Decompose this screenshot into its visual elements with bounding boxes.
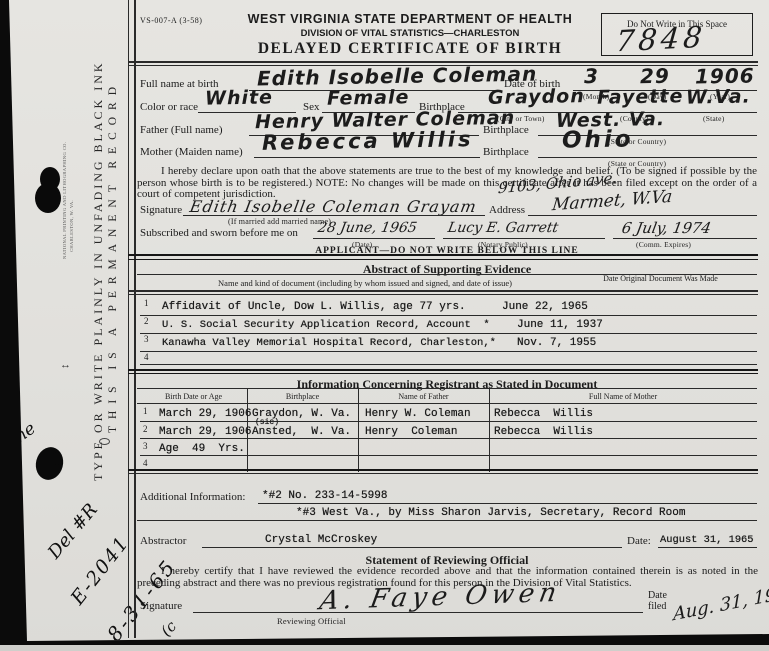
form-number: VS-007-A (3-58) <box>140 16 202 25</box>
registrant-row-underline <box>140 438 757 439</box>
additional-underline-1 <box>258 503 757 504</box>
margin-note-3: E-2041 <box>67 532 134 609</box>
hole-punch-top-lower <box>35 183 61 213</box>
registrant-col-header: Name of Father <box>358 392 489 401</box>
registrant-birthdate: March 29, 1906 <box>159 426 251 438</box>
additional-info-line2: *#3 West Va., by Miss Sharon Jarvis, Sec… <box>296 507 685 519</box>
evidence-row-date: June 11, 1937 <box>517 319 603 331</box>
printer-credit-line1: NATIONAL PRINTING AND LITHOGRAPHING CO. <box>62 142 67 259</box>
registrant-birthdate: Age 49 Yrs. <box>159 443 245 455</box>
additional-info-line1: *#2 No. 233-14-5998 <box>262 490 387 502</box>
address-underline <box>528 215 757 216</box>
hole-punch-bottom <box>32 444 66 483</box>
margin-vertical-text-black-ink: TYPE OR WRITE PLAINLY IN UNFADING BLACK … <box>91 60 106 481</box>
form-border-outer <box>128 0 129 638</box>
registrant-row-num: 3 <box>143 441 148 451</box>
color-race-value: White <box>205 86 273 109</box>
evidence-row-text: Affidavit of Uncle, Dow L. Willis, age 7… <box>162 301 466 313</box>
registrant-birthdate: March 29, 1906 <box>159 408 251 420</box>
margin-note-1: me <box>7 419 40 450</box>
margin-vertical-text-permanent-record: THIS IS A PERMANENT RECORD <box>107 80 119 433</box>
registrant-row-num: 2 <box>143 424 148 434</box>
hole-punch-bottom-notch <box>52 452 62 465</box>
abstract-date-underline <box>658 547 757 548</box>
evidence-row-underline <box>140 364 757 365</box>
form-border-inner <box>134 0 136 638</box>
evidence-row-text: U. S. Social Security Application Record… <box>162 319 490 331</box>
sworn-date-underline <box>313 238 435 239</box>
abstractor-value: Crystal McCroskey <box>265 534 377 546</box>
commission-expires-value: 6 July, 1974 <box>620 219 712 237</box>
registrant-col-header: Full Name of Mother <box>489 392 757 401</box>
applicant-signature: Edith Isobelle Coleman Grayam <box>188 197 478 216</box>
evidence-row-date: June 22, 1965 <box>502 301 588 313</box>
sworn-date-value: 28 June, 1965 <box>317 220 419 236</box>
union-bug-icon <box>99 438 110 445</box>
agency-division: DIVISION OF VITAL STATISTICS—CHARLESTON <box>225 28 595 39</box>
notary-name-value: Lucy E. Garrett <box>447 220 560 236</box>
registrant-col-divider <box>489 388 490 472</box>
mother-underline <box>254 157 480 158</box>
mother-birthplace-label: Birthplace <box>483 146 529 158</box>
color-race-label: Color or race <box>140 101 198 113</box>
sex-value: Female <box>327 86 410 109</box>
mother-value: Rebecca Willis <box>262 127 474 155</box>
reviewing-signature-label: Signature <box>140 600 182 612</box>
additional-underline-2 <box>137 520 757 521</box>
registrant-title: Information Concerning Registrant as Sta… <box>137 377 757 392</box>
evidence-row-text: Kanawha Valley Memorial Hospital Record,… <box>162 337 496 349</box>
state-caption: (State) <box>703 114 724 123</box>
signature-underline <box>183 215 485 216</box>
birthplace-city-value: Graydon <box>488 85 585 109</box>
reviewing-signature-underline <box>193 612 643 613</box>
section-rule-a1 <box>128 254 758 256</box>
section-rule-c2 <box>128 473 758 474</box>
agency-name: WEST VIRGINIA STATE DEPARTMENT OF HEALTH <box>225 12 595 26</box>
date-filed-label-1: Date <box>648 590 667 601</box>
printer-credit-line2: CHARLESTON, W. VA. <box>69 200 74 252</box>
margin-note-2: Del #R <box>44 500 102 563</box>
registrant-row-underline <box>140 455 757 456</box>
mother-birthplace-value: Ohio <box>562 126 634 153</box>
certificate-number: 7848 <box>615 20 708 59</box>
signature-label: Signature <box>140 204 182 216</box>
registrant-mother: Rebecca Willis <box>494 408 593 420</box>
evidence-header-rule-2 <box>128 294 758 295</box>
evidence-row-underline <box>140 315 757 316</box>
evidence-row-underline <box>140 351 757 352</box>
birthplace-county-value: Fayette <box>597 85 684 109</box>
registrant-birthplace: Ansted, W. Va. <box>252 426 351 438</box>
sworn-label: Subscribed and sworn before me on <box>140 227 298 239</box>
father-label: Father (Full name) <box>140 124 222 136</box>
evidence-row-num: 4 <box>144 352 149 362</box>
mother-birthplace-underline <box>538 157 757 158</box>
date-filed-label-2: filed <box>648 601 666 612</box>
evidence-row-num: 2 <box>144 316 149 326</box>
registrant-father: Henry Coleman <box>365 426 457 438</box>
mother-label: Mother (Maiden name) <box>140 146 243 158</box>
dob-month-value: 3 <box>584 64 599 88</box>
evidence-row-underline <box>140 333 757 334</box>
notary-underline <box>443 238 605 239</box>
evidence-row-date: Nov. 7, 1955 <box>517 337 596 349</box>
certificate-paper: TYPE OR WRITE PLAINLY IN UNFADING BLACK … <box>0 0 769 651</box>
evidence-header-rule-1 <box>128 290 758 292</box>
evidence-col2-header: Date Original Document Was Made <box>598 275 723 283</box>
evidence-row-num: 3 <box>144 334 149 344</box>
registrant-row-num: 4 <box>143 458 148 468</box>
evidence-col1-header: Name and kind of document (including by … <box>150 278 580 288</box>
registrant-col-header: Birth Date or Age <box>140 392 247 401</box>
father-birthplace-label: Birthplace <box>483 124 529 136</box>
registrant-father: Henry W. Coleman <box>365 408 471 420</box>
section-rule-b2 <box>128 373 758 375</box>
registrant-header-rule <box>137 403 757 404</box>
registrant-mother: Rebecca Willis <box>494 426 593 438</box>
married-name-caption: (If married add married name) <box>228 217 331 226</box>
scanner-bed-strip <box>0 645 769 651</box>
evidence-row-num: 1 <box>144 298 149 308</box>
double-arrow-icon: ↔ <box>60 359 71 371</box>
registrant-row-num: 1 <box>143 406 148 416</box>
abstractor-underline <box>202 547 622 548</box>
registrant-title-rule <box>137 388 757 389</box>
abstractor-label: Abstractor <box>140 535 186 547</box>
registrant-col-header: Birthplace <box>247 392 358 401</box>
birthplace-state-value: W.Va. <box>686 85 751 108</box>
document-title: DELAYED CERTIFICATE OF BIRTH <box>225 40 595 58</box>
abstract-date-value: August 31, 1965 <box>660 534 754 546</box>
reviewing-official-caption: Reviewing Official <box>277 616 346 626</box>
additional-info-label: Additional Information: <box>140 491 245 503</box>
registrant-col-divider <box>358 388 359 472</box>
commission-underline <box>613 238 757 239</box>
address-label: Address <box>489 204 525 216</box>
abstract-date-label: Date: <box>627 535 651 547</box>
section-rule-b1 <box>128 369 758 371</box>
scanned-certificate: TYPE OR WRITE PLAINLY IN UNFADING BLACK … <box>0 0 769 651</box>
section-rule-c1 <box>128 469 758 471</box>
registrant-row-underline <box>140 421 757 422</box>
margin-note-5: (c <box>157 617 180 640</box>
section-rule-a2 <box>128 259 758 261</box>
